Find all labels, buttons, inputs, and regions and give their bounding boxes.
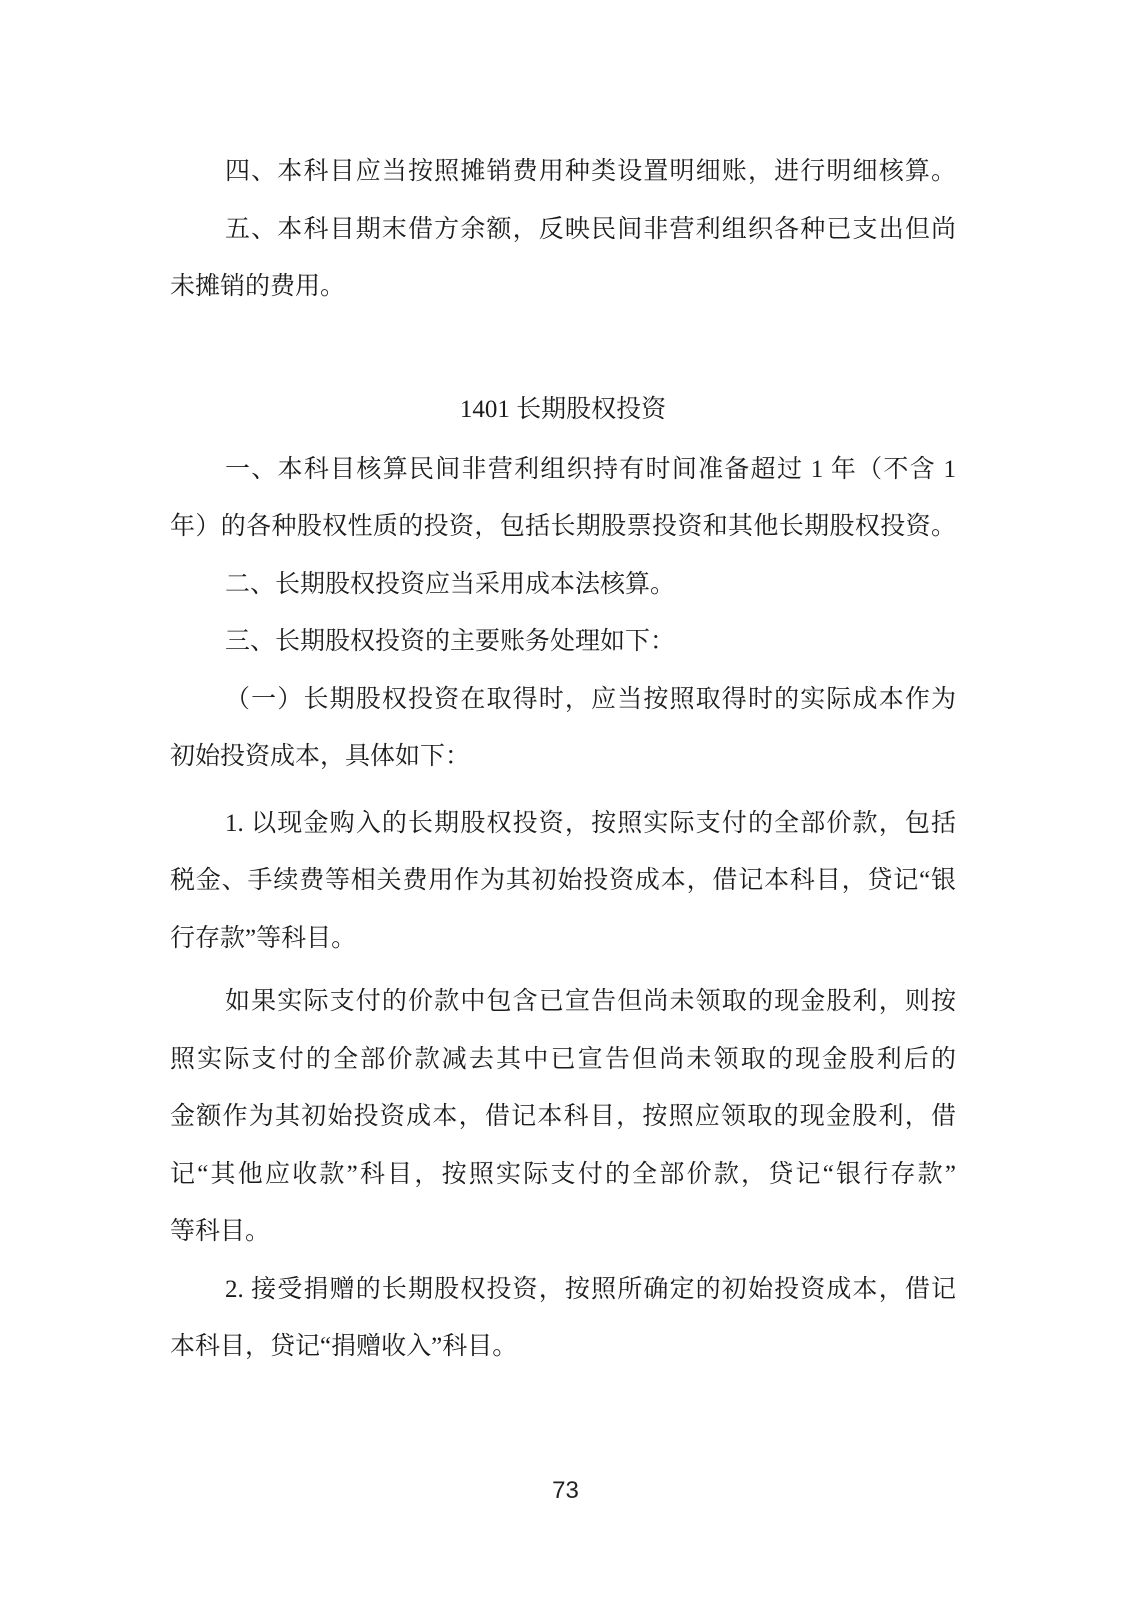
text-line: 等科目。 [170,1203,956,1261]
text-line: 三、长期股权投资的主要账务处理如下： [170,613,956,671]
paragraph-item5: 五、本科目期末借方余额，反映民间非营利组织各种已支出但尚 未摊销的费用。 [170,201,956,316]
text-line: 五、本科目期末借方余额，反映民间非营利组织各种已支出但尚 [170,201,956,259]
text-line: 二、长期股权投资应当采用成本法核算。 [170,556,956,614]
text-line: 金额作为其初始投资成本，借记本科目，按照应领取的现金股利，借 [170,1088,956,1146]
paragraph-item4: 四、本科目应当按照摊销费用种类设置明细账，进行明细核算。 [170,143,956,201]
text-line: 未摊销的费用。 [170,258,956,316]
paragraph-item2: 二、长期股权投资应当采用成本法核算。 [170,556,956,614]
paragraph-sub1: （一）长期股权投资在取得时，应当按照取得时的实际成本作为 初始投资成本，具体如下… [170,671,956,786]
text-line: 如果实际支付的价款中包含已宣告但尚未领取的现金股利，则按 [170,973,956,1031]
text-line: 行存款”等科目。 [170,910,956,968]
text-line: 四、本科目应当按照摊销费用种类设置明细账，进行明细核算。 [170,143,956,201]
text-line: 初始投资成本，具体如下： [170,728,956,786]
document-body: 四、本科目应当按照摊销费用种类设置明细账，进行明细核算。 五、本科目期末借方余额… [170,143,956,1376]
text-line: 一、本科目核算民间非营利组织持有时间准备超过 1 年（不含 1 [170,441,956,499]
paragraph-cash-2: 如果实际支付的价款中包含已宣告但尚未领取的现金股利，则按 照实际支付的全部价款减… [170,973,956,1261]
document-page: 四、本科目应当按照摊销费用种类设置明细账，进行明细核算。 五、本科目期末借方余额… [0,0,1131,1600]
section-heading: 1401 长期股权投资 [170,381,956,439]
text-line: 照实际支付的全部价款减去其中已宣告但尚未领取的现金股利后的 [170,1031,956,1089]
text-line: 记“其他应收款”科目，按照实际支付的全部价款，贷记“银行存款” [170,1146,956,1204]
text-line: 本科目，贷记“捐赠收入”科目。 [170,1318,956,1376]
text-line: 年）的各种股权性质的投资，包括长期股票投资和其他长期股权投资。 [170,498,956,556]
text-line: 2. 接受捐赠的长期股权投资，按照所确定的初始投资成本，借记 [170,1261,956,1319]
page-number: 73 [0,1477,1131,1505]
text-line: 1. 以现金购入的长期股权投资，按照实际支付的全部价款，包括 [170,795,956,853]
blank-line [170,316,956,374]
text-line: 税金、手续费等相关费用作为其初始投资成本，借记本科目，贷记“银 [170,852,956,910]
paragraph-item1: 一、本科目核算民间非营利组织持有时间准备超过 1 年（不含 1 年）的各种股权性… [170,441,956,556]
paragraph-cash-1: 1. 以现金购入的长期股权投资，按照实际支付的全部价款，包括 税金、手续费等相关… [170,795,956,968]
paragraph-item3: 三、长期股权投资的主要账务处理如下： [170,613,956,671]
paragraph-donation: 2. 接受捐赠的长期股权投资，按照所确定的初始投资成本，借记 本科目，贷记“捐赠… [170,1261,956,1376]
text-line: （一）长期股权投资在取得时，应当按照取得时的实际成本作为 [170,671,956,729]
